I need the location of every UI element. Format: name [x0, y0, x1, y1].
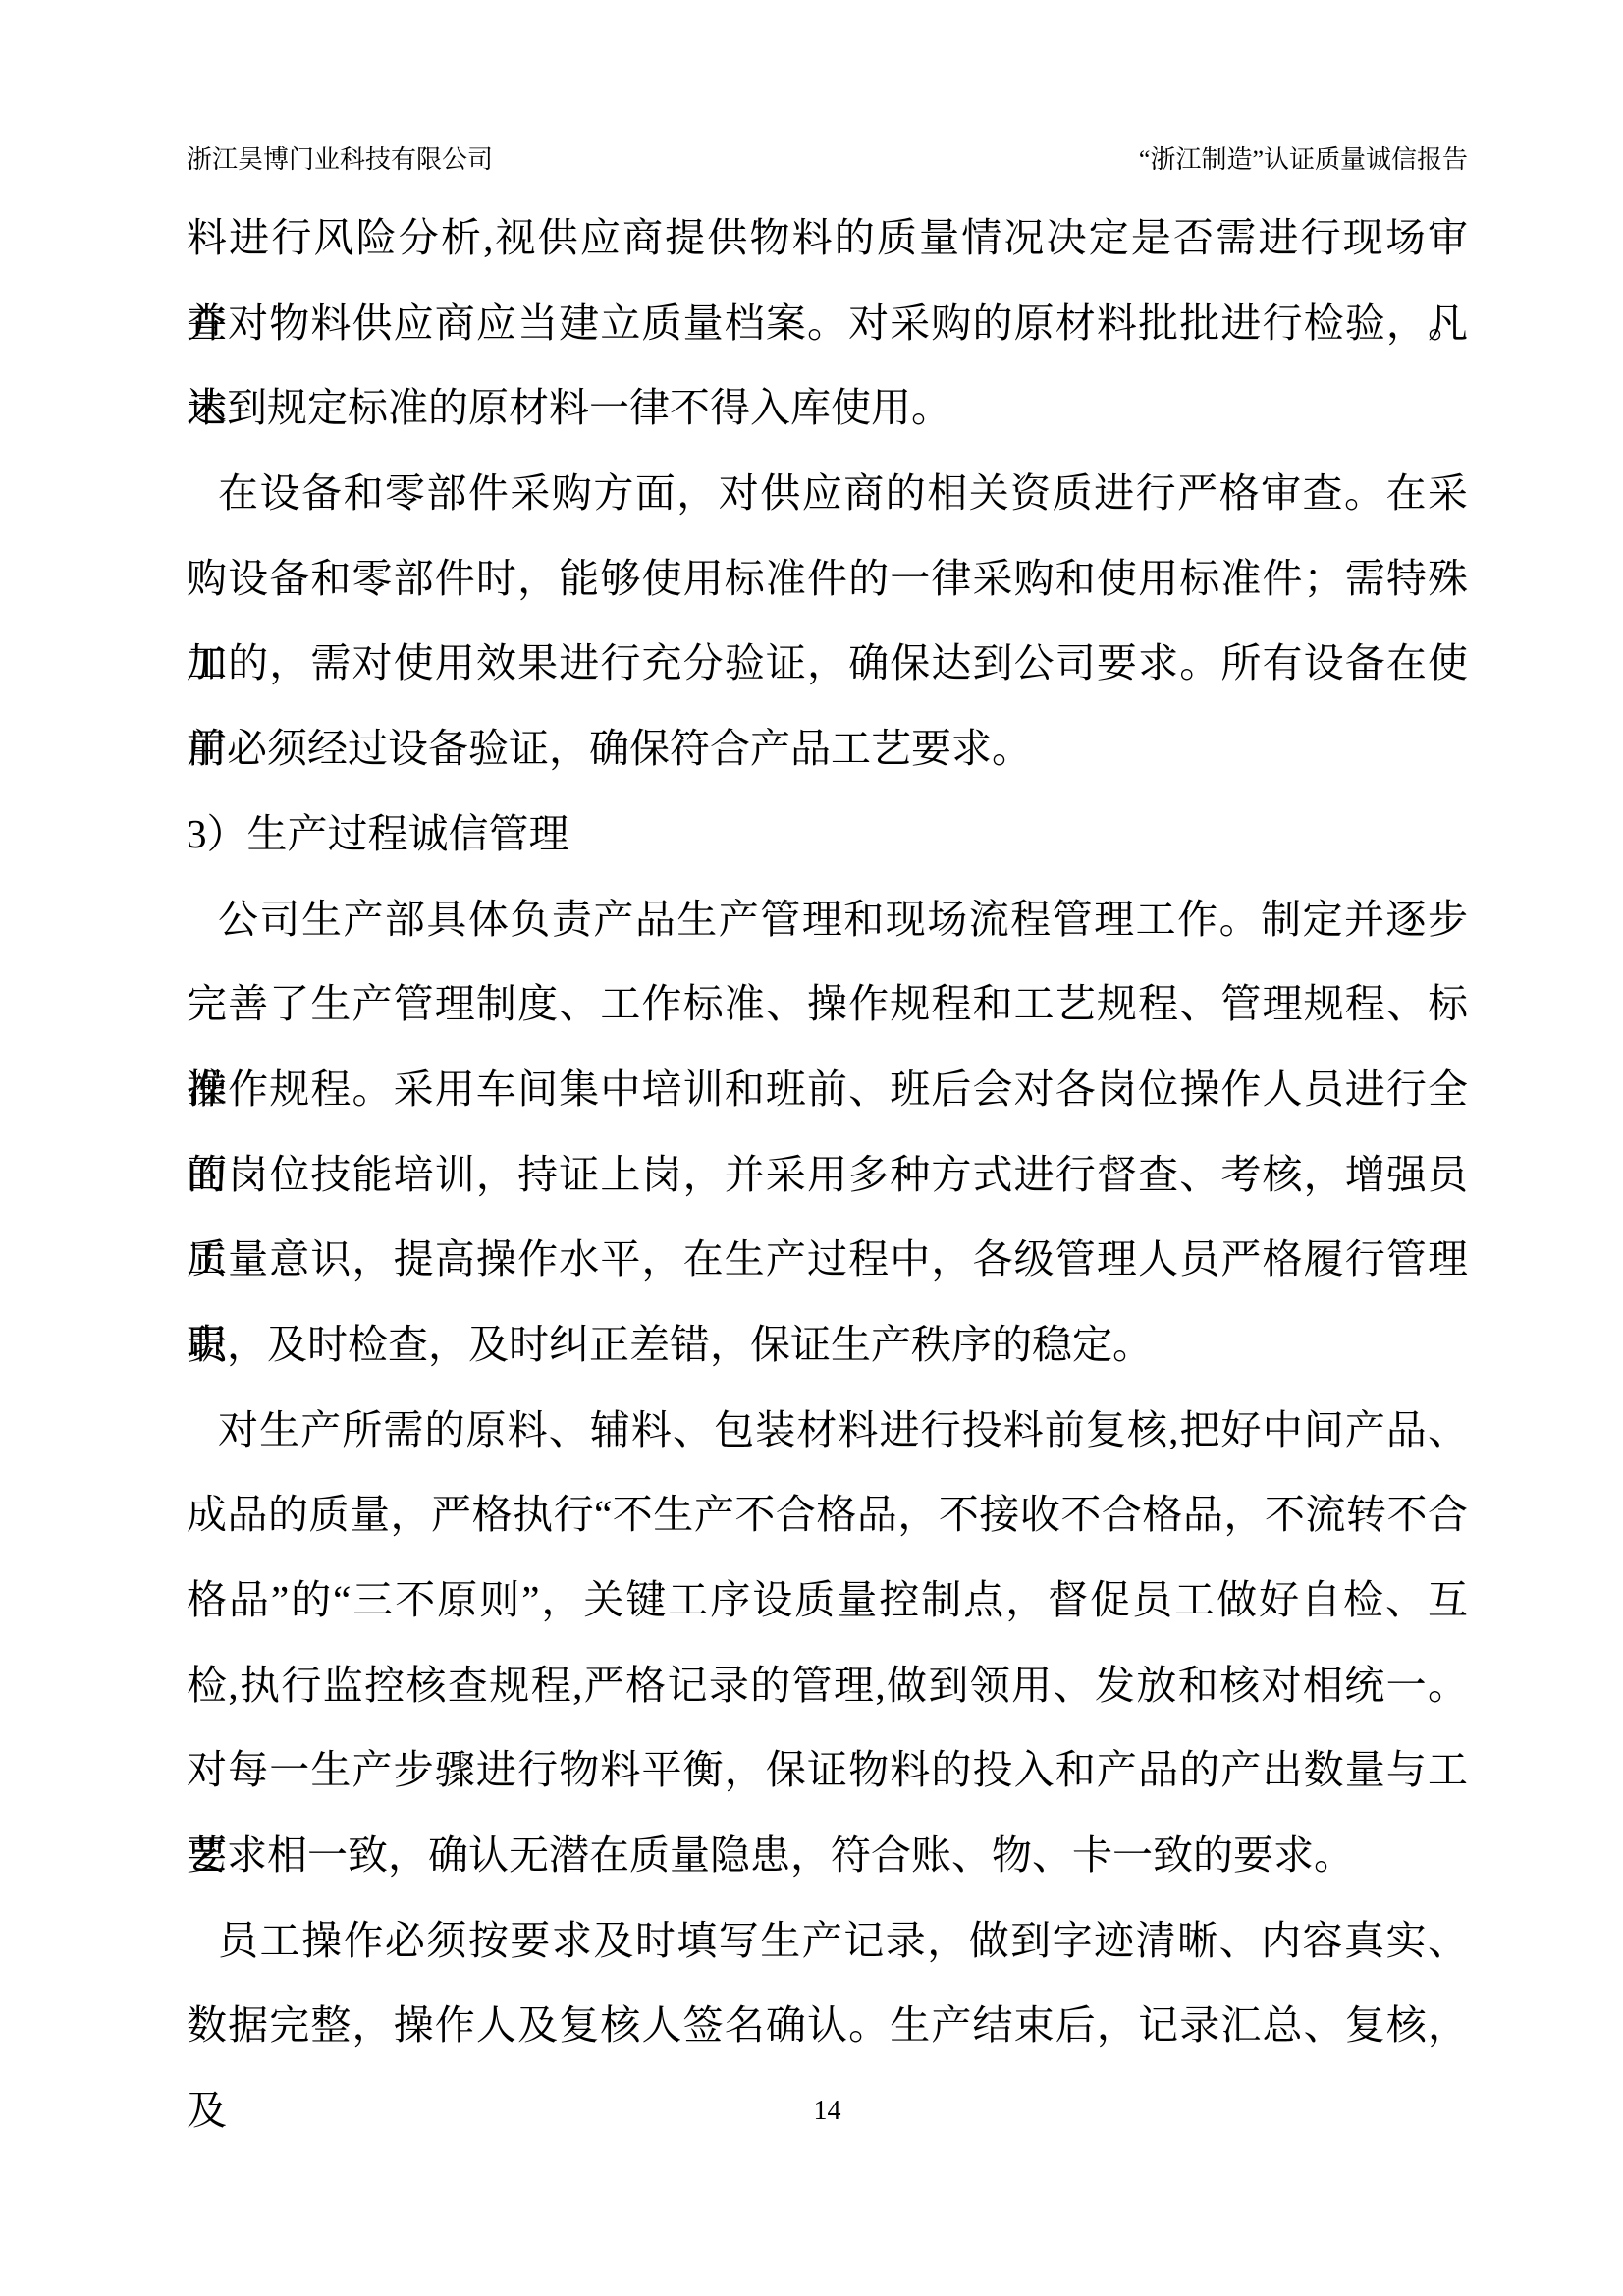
page-footer: 14 — [187, 2092, 1468, 2131]
document-body: 料进行风险分析,视供应商提供物料的质量情况决定是否需进行现场审查。并对物料供应商… — [187, 195, 1468, 2068]
text-line: 公司生产部具体负责产品生产管理和现场流程管理工作。制定并逐步 — [187, 877, 1468, 962]
section-heading: 3）生产过程诚信管理 — [187, 792, 1468, 877]
text-line: 在设备和零部件采购方面，对供应商的相关资质进行严格审查。在采 — [187, 451, 1468, 536]
text-line: 成品的质量，严格执行“不生产不合格品，不接收不合格品，不流转不合 — [187, 1472, 1468, 1558]
text-line: 料进行风险分析,视供应商提供物料的质量情况决定是否需进行现场审查。 — [187, 195, 1468, 281]
text-line: 检,执行监控核查规程,严格记录的管理,做到领用、发放和核对相统一。 — [187, 1643, 1468, 1728]
header-company-name: 浙江昊博门业科技有限公司 — [187, 143, 493, 177]
text-line: 员工操作必须按要求及时填写生产记录，做到字迹清晰、内容真实、 — [187, 1898, 1468, 1984]
page-header: 浙江昊博门业科技有限公司 “浙江制造”认证质量诚信报告 — [187, 143, 1468, 177]
text-line: 购设备和零部件时，能够使用标准件的一律采购和使用标准件；需特殊加 — [187, 536, 1468, 622]
text-line: 达到规定标准的原材料一律不得入库使用。 — [187, 365, 1468, 451]
text-line: 的岗位技能培训，持证上岗，并采用多种方式进行督查、考核，增强员工 — [187, 1132, 1468, 1218]
text-line: 前必须经过设备验证，确保符合产品工艺要求。 — [187, 706, 1468, 792]
text-line: 并对物料供应商应当建立质量档案。对采购的原材料批批进行检验，凡未 — [187, 281, 1468, 366]
text-line: 工的，需对使用效果进行充分验证，确保达到公司要求。所有设备在使用 — [187, 621, 1468, 706]
text-line: 对每一生产步骤进行物料平衡，保证物料的投入和产品的产出数量与工艺 — [187, 1727, 1468, 1813]
text-line: 完善了生产管理制度、工作标准、操作规程和工艺规程、管理规程、标准 — [187, 961, 1468, 1047]
header-report-title: “浙江制造”认证质量诚信报告 — [1139, 143, 1468, 177]
document-page: 浙江昊博门业科技有限公司 “浙江制造”认证质量诚信报告 料进行风险分析,视供应商… — [0, 0, 1623, 2296]
text-line: 责，及时检查，及时纠正差错，保证生产秩序的稳定。 — [187, 1302, 1468, 1388]
page-number: 14 — [814, 2096, 841, 2126]
text-line: 对生产所需的原料、辅料、包装材料进行投料前复核,把好中间产品、 — [187, 1388, 1468, 1473]
text-line: 操作规程。采用车间集中培训和班前、班后会对各岗位操作人员进行全面 — [187, 1047, 1468, 1132]
text-line: 要求相一致，确认无潜在质量隐患，符合账、物、卡一致的要求。 — [187, 1813, 1468, 1898]
text-line: 质量意识，提高操作水平，在生产过程中，各级管理人员严格履行管理职 — [187, 1217, 1468, 1302]
text-line: 格品”的“三不原则”，关键工序设质量控制点，督促员工做好自检、互 — [187, 1558, 1468, 1643]
text-line: 数据完整，操作人及复核人签名确认。生产结束后，记录汇总、复核，及 — [187, 1983, 1468, 2068]
